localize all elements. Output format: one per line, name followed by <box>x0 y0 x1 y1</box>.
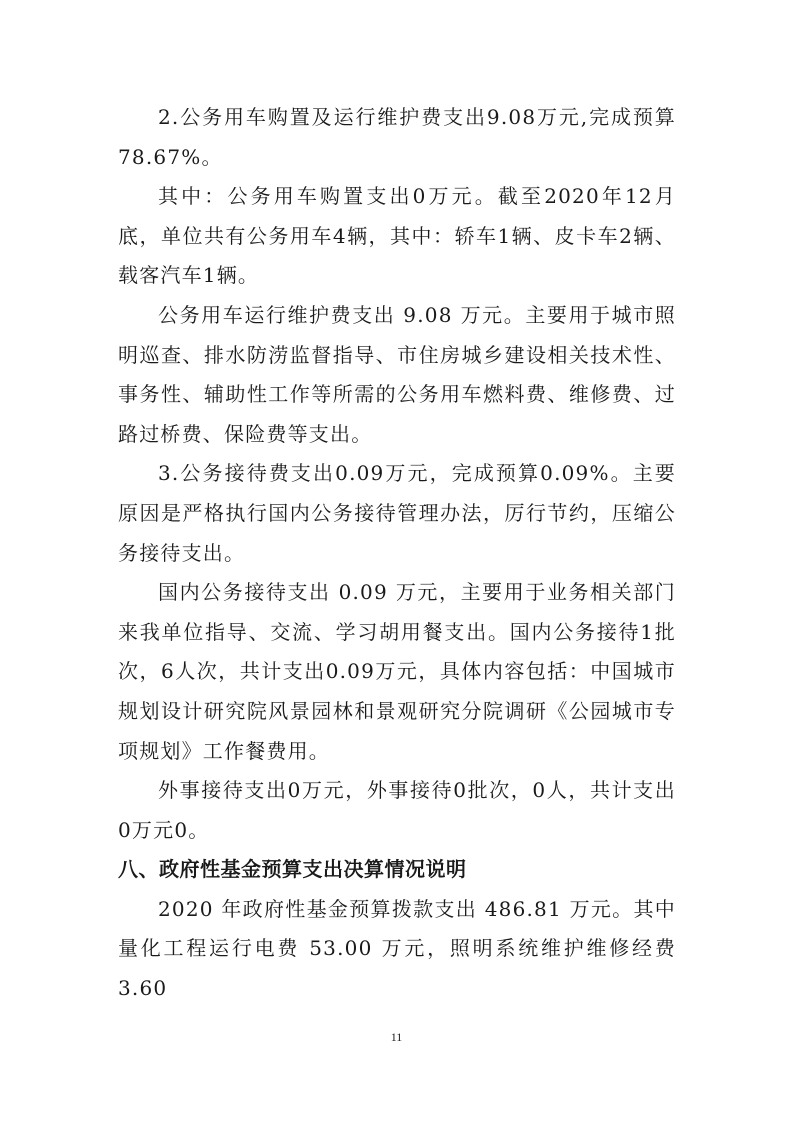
paragraph-domestic-reception: 国内公务接待支出 0.09 万元，主要用于业务相关部门来我单位指导、交流、学习胡… <box>118 573 676 771</box>
paragraph-foreign-reception: 外事接待支出0万元，外事接待0批次，0人，共计支出0万元0。 <box>118 771 676 850</box>
paragraph-government-fund: 2020 年政府性基金预算拨款支出 486.81 万元。其中量化工程运行电费 5… <box>118 890 676 1009</box>
section-heading: 八、政府性基金预算支出决算情况说明 <box>118 850 676 890</box>
paragraph-vehicle-purchase: 其中：公务用车购置支出0万元。截至2020年12月底，单位共有公务用车4辆，其中… <box>118 177 676 296</box>
page-number: 11 <box>0 1030 793 1045</box>
document-page: 2.公务用车购置及运行维护费支出9.08万元,完成预算78.67%。 其中：公务… <box>118 98 676 1009</box>
paragraph-vehicle-maintenance: 公务用车运行维护费支出 9.08 万元。主要用于城市照明巡查、排水防涝监督指导、… <box>118 296 676 454</box>
paragraph-reception-expense: 3.公务接待费支出0.09万元，完成预算0.09%。主要原因是严格执行国内公务接… <box>118 454 676 573</box>
paragraph-vehicle-expense: 2.公务用车购置及运行维护费支出9.08万元,完成预算78.67%。 <box>118 98 676 177</box>
